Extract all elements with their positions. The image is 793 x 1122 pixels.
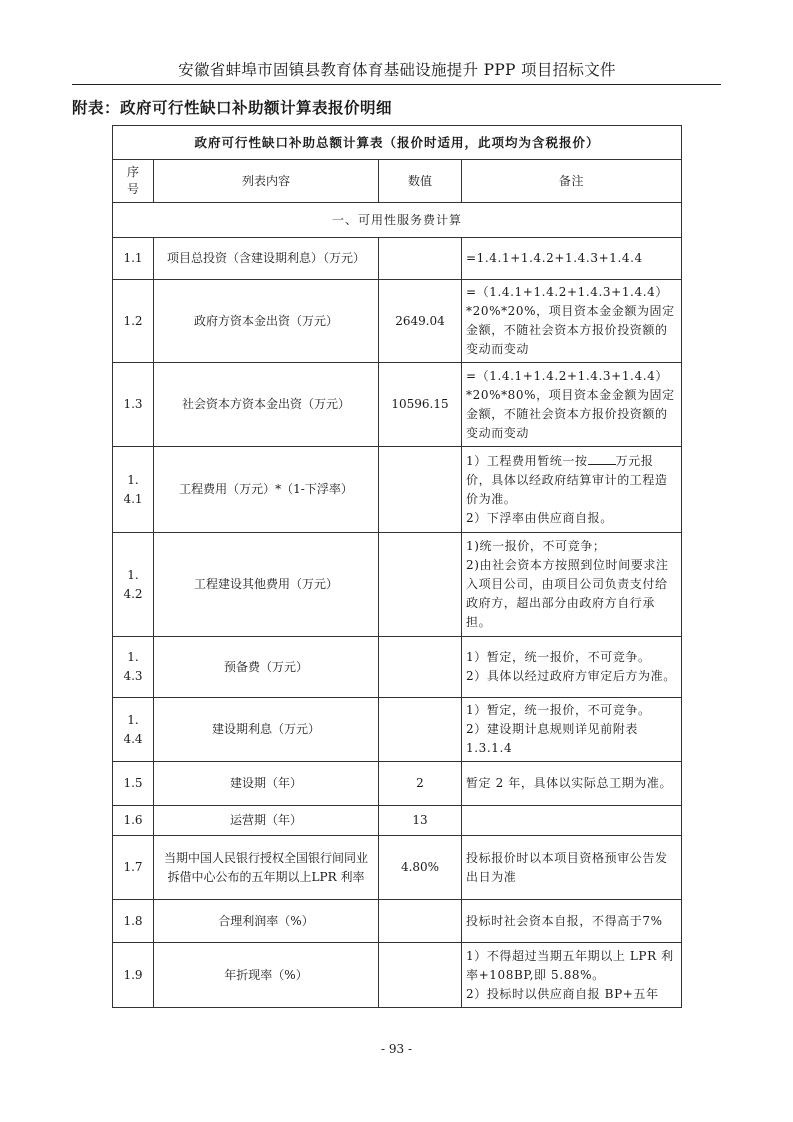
row-note: 1）暂定，统一报价，不可竞争。 2）具体以经过政府方审定后方为准。 — [462, 637, 682, 698]
row-note — [462, 806, 682, 836]
row-content: 工程费用（万元）*（1-下浮率） — [154, 447, 379, 533]
row-value: 4.80% — [379, 836, 462, 900]
row-value — [379, 238, 462, 280]
row-content: 建设期（年） — [154, 762, 379, 806]
row-content: 社会资本方资本金出资（万元） — [154, 363, 379, 447]
table-title: 政府可行性缺口补助总额计算表（报价时适用，此项均为含税报价） — [113, 126, 682, 160]
section-row: 一、可用性服务费计算 — [113, 203, 682, 238]
table-row: 1.3 社会资本方资本金出资（万元） 10596.15 =（1.4.1+1.4.… — [113, 363, 682, 447]
row-note: =（1.4.1+1.4.2+1.4.3+1.4.4）*20%*20%，项目资本金… — [462, 280, 682, 363]
row-note: =（1.4.1+1.4.2+1.4.3+1.4.4）*20%*80%，项目资本金… — [462, 363, 682, 447]
row-index: 1.4.3 — [113, 637, 154, 698]
page-number: - 93 - — [0, 1042, 793, 1056]
row-value — [379, 447, 462, 533]
table-row: 1.4.1 工程费用（万元）*（1-下浮率） 1）工程费用暂统一按万元报价，具体… — [113, 447, 682, 533]
table-row: 1.4.3 预备费（万元） 1）暂定，统一报价，不可竞争。 2）具体以经过政府方… — [113, 637, 682, 698]
row-value: 13 — [379, 806, 462, 836]
table-row: 1.9 年折现率（%） 1）不得超过当期五年期以上 LPR 利率+108BP,即… — [113, 943, 682, 1008]
table-row: 1.1 项目总投资（含建设期利息）（万元） =1.4.1+1.4.2+1.4.3… — [113, 238, 682, 280]
table-row: 1.4.2 工程建设其他费用（万元） 1)统一报价，不可竞争； 2)由社会资本方… — [113, 533, 682, 637]
row-content: 合理利润率（%） — [154, 900, 379, 943]
row-note: 暂定 2 年，具体以实际总工期为准。 — [462, 762, 682, 806]
table-row: 1.2 政府方资本金出资（万元） 2649.04 =（1.4.1+1.4.2+1… — [113, 280, 682, 363]
table-row: 1.7 当期中国人民银行授权全国银行间同业拆借中心公布的五年期以上LPR 利率 … — [113, 836, 682, 900]
row-value — [379, 943, 462, 1008]
row-note: 投标报价时以本项目资格预审公告发出日为准 — [462, 836, 682, 900]
row-note: 1）工程费用暂统一按万元报价，具体以经政府结算审计的工程造价为准。 2）下浮率由… — [462, 447, 682, 533]
section-title: 附表：政府可行性缺口补助额计算表报价明细 — [72, 96, 392, 118]
table-row: 1.4.4 建设期利息（万元） 1）暂定，统一报价，不可竞争。 2）建设期计息规… — [113, 698, 682, 762]
row-value: 2649.04 — [379, 280, 462, 363]
row-note: 1）暂定，统一报价，不可竞争。 2）建设期计息规则详见前附表1.3.1.4 — [462, 698, 682, 762]
row-index: 1.4.4 — [113, 698, 154, 762]
row-index: 1.6 — [113, 806, 154, 836]
row-content: 项目总投资（含建设期利息）（万元） — [154, 238, 379, 280]
row-note: 1)统一报价，不可竞争； 2)由社会资本方按照到位时间要求注入项目公司，由项目公… — [462, 533, 682, 637]
row-value — [379, 900, 462, 943]
row-index: 1.4.1 — [113, 447, 154, 533]
row-content: 建设期利息（万元） — [154, 698, 379, 762]
running-header: 安徽省蚌埠市固镇县教育体育基础设施提升 PPP 项目招标文件 — [72, 58, 722, 80]
table-row: 1.8 合理利润率（%） 投标时社会资本自报，不得高于7% — [113, 900, 682, 943]
row-value — [379, 637, 462, 698]
row-content: 运营期（年） — [154, 806, 379, 836]
section-heading: 一、可用性服务费计算 — [113, 203, 682, 238]
row-index: 1.2 — [113, 280, 154, 363]
header-value: 数值 — [379, 160, 462, 203]
row-value: 2 — [379, 762, 462, 806]
row-index: 1.3 — [113, 363, 154, 447]
row-note: =1.4.1+1.4.2+1.4.3+1.4.4 — [462, 238, 682, 280]
row-value — [379, 533, 462, 637]
header-note: 备注 — [462, 160, 682, 203]
row-note: 投标时社会资本自报，不得高于7% — [462, 900, 682, 943]
table-header-row: 序号 列表内容 数值 备注 — [113, 160, 682, 203]
row-content: 当期中国人民银行授权全国银行间同业拆借中心公布的五年期以上LPR 利率 — [154, 836, 379, 900]
row-content: 政府方资本金出资（万元） — [154, 280, 379, 363]
table-row: 1.5 建设期（年） 2 暂定 2 年，具体以实际总工期为准。 — [113, 762, 682, 806]
row-value — [379, 698, 462, 762]
row-index: 1.9 — [113, 943, 154, 1008]
header-content: 列表内容 — [154, 160, 379, 203]
row-index: 1.1 — [113, 238, 154, 280]
header-index: 序号 — [113, 160, 154, 203]
row-index: 1.7 — [113, 836, 154, 900]
row-note: 1）不得超过当期五年期以上 LPR 利率+108BP,即 5.88%。 2）投标… — [462, 943, 682, 1008]
row-index: 1.5 — [113, 762, 154, 806]
row-index: 1.4.2 — [113, 533, 154, 637]
subsidy-calculation-table: 政府可行性缺口补助总额计算表（报价时适用，此项均为含税报价） 序号 列表内容 数… — [112, 125, 682, 1008]
header-rule — [72, 84, 721, 85]
row-index: 1.8 — [113, 900, 154, 943]
row-content: 预备费（万元） — [154, 637, 379, 698]
table-title-row: 政府可行性缺口补助总额计算表（报价时适用，此项均为含税报价） — [113, 126, 682, 160]
row-content: 年折现率（%） — [154, 943, 379, 1008]
fill-in-blank — [588, 452, 616, 465]
row-content: 工程建设其他费用（万元） — [154, 533, 379, 637]
table-row: 1.6 运营期（年） 13 — [113, 806, 682, 836]
row-value: 10596.15 — [379, 363, 462, 447]
